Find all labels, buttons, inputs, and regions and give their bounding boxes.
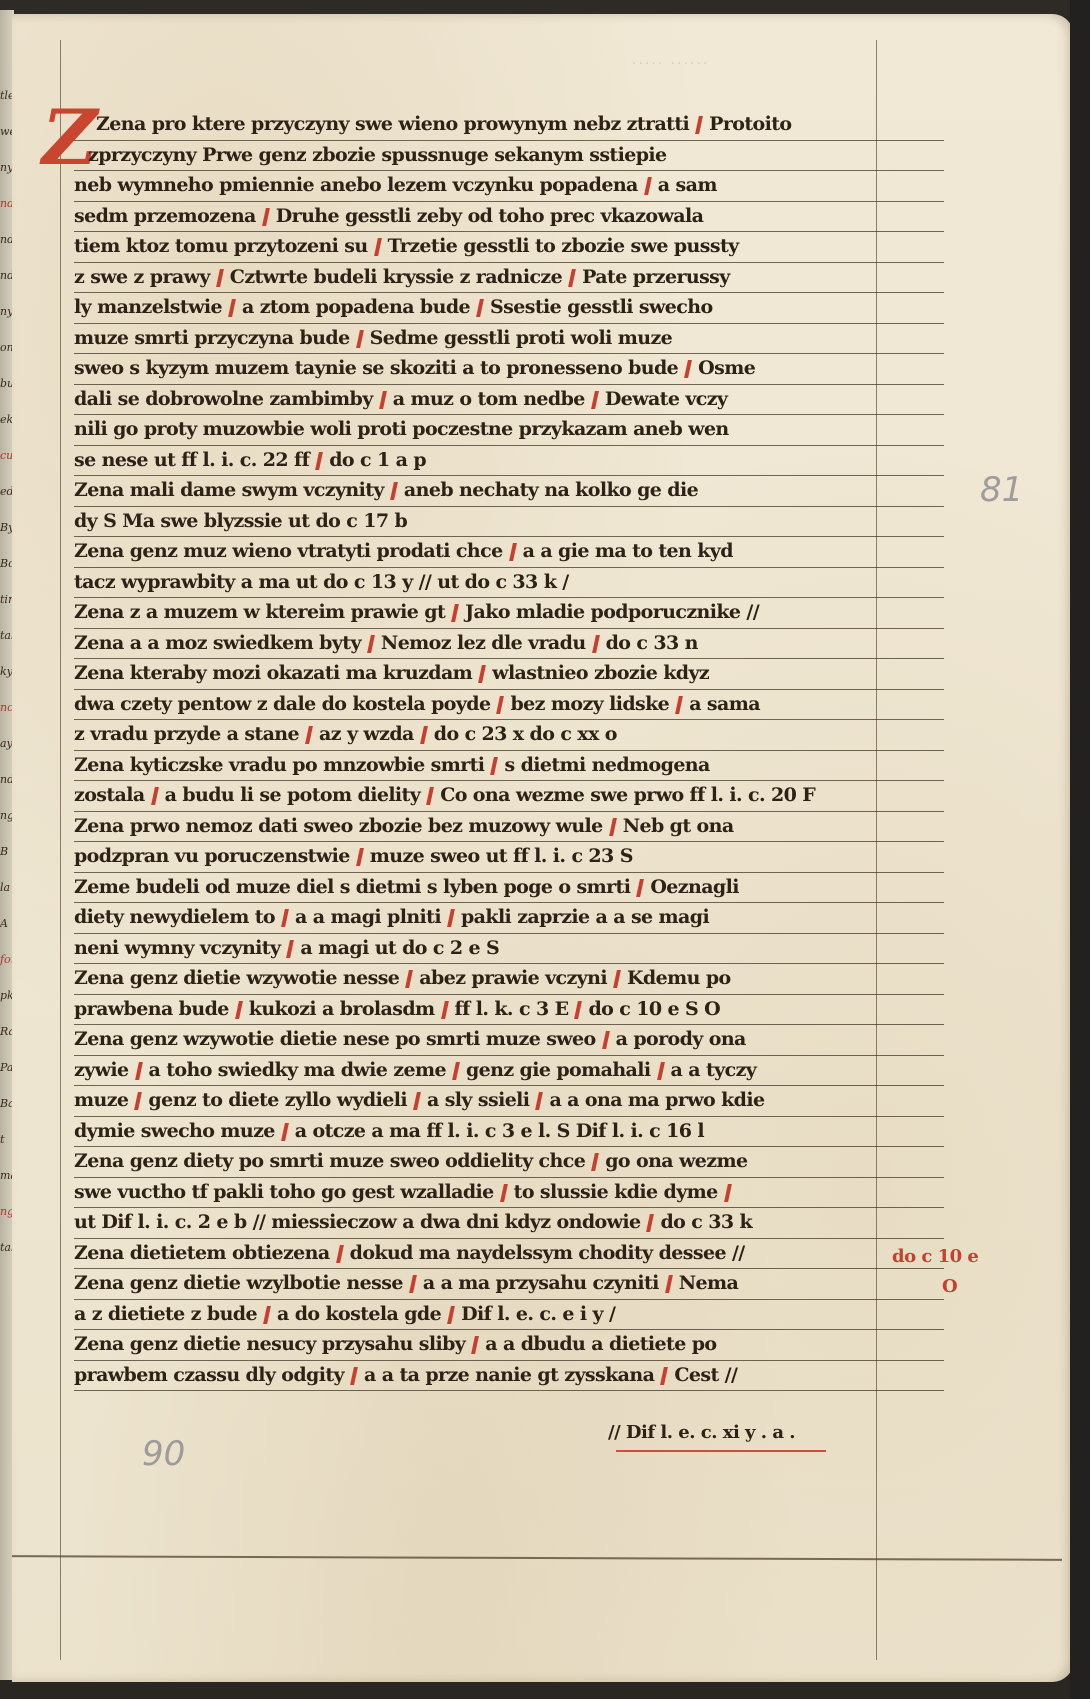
- rubric-stroke: [441, 1001, 449, 1019]
- rubric-stroke: [665, 1275, 673, 1293]
- rubric-stroke: [235, 1001, 243, 1019]
- rubric-stroke: [426, 787, 434, 805]
- rubric-stroke: [367, 635, 375, 653]
- right-margin-note-ref: do c 10 e: [892, 1246, 978, 1267]
- rubric-stroke: [447, 1306, 455, 1324]
- rubric-stroke: [657, 1062, 665, 1080]
- manuscript-line: zywie a toho swiedky ma dwie zeme genz g…: [74, 1056, 944, 1087]
- rubric-stroke: [500, 1184, 508, 1202]
- rubric-stroke: [390, 482, 398, 500]
- manuscript-line: dy S Ma swe blyzssie ut do c 17 b: [74, 507, 944, 538]
- rubric-stroke: [263, 1306, 271, 1324]
- folio-number-bottom: 90: [142, 1434, 185, 1474]
- rubric-stroke: [695, 116, 703, 134]
- rubric-stroke: [476, 299, 484, 317]
- manuscript-line: swe vuctho tf pakli toho go gest wzallad…: [74, 1178, 944, 1209]
- manuscript-line: neni wymny vczynity a magi ut do c 2 e S: [74, 934, 944, 965]
- manuscript-line: z vradu przyde a stane az y wzda do c 23…: [74, 720, 944, 751]
- rubric-stroke: [684, 360, 692, 378]
- show-through-header: ····· ······: [632, 56, 709, 72]
- manuscript-line: Zena genz dietie nesucy przysahu sliby a…: [74, 1330, 944, 1361]
- manuscript-line: diety newydielem to a a magi plniti pakl…: [74, 903, 944, 934]
- manuscript-line: Zena prwo nemoz dati sweo zbozie bez muz…: [74, 812, 944, 843]
- rubric-stroke: [379, 391, 387, 409]
- manuscript-line: Zena genz muz wieno vtratyti prodati chc…: [74, 537, 944, 568]
- rubric-stroke: [644, 177, 652, 195]
- folio-number-right: 81: [980, 470, 1023, 510]
- rubric-stroke: [356, 330, 364, 348]
- rubric-stroke: [409, 1275, 417, 1293]
- manuscript-line: ly manzelstwie a ztom popadena bude Sses…: [74, 293, 944, 324]
- manuscript-line: podzpran vu poruczenstwie muze sweo ut f…: [74, 842, 944, 873]
- manuscript-line: Zena a a moz swiedkem byty Nemoz lez dle…: [74, 629, 944, 660]
- rubric-stroke: [509, 543, 517, 561]
- manuscript-folio: ····· ······ 81 90 Z Zena pro ktere przy…: [12, 14, 1074, 1682]
- rubric-stroke: [374, 238, 382, 256]
- rubric-stroke: [447, 909, 455, 927]
- manuscript-line: muze genz to diete zyllo wydieli a sly s…: [74, 1086, 944, 1117]
- manuscript-line: zostala a budu li se potom dielity Co on…: [74, 781, 944, 812]
- manuscript-line: Zena dietietem obtiezena dokud ma naydel…: [74, 1239, 944, 1270]
- closing-reference: // Dif l. e. c. xi y . a .: [608, 1422, 795, 1443]
- manuscript-line: ut Dif l. i. c. 2 e b // miessieczow a d…: [74, 1208, 944, 1239]
- rubric-stroke: [281, 1123, 289, 1141]
- manuscript-line: sedm przemozena Druhe gesstli zeby od to…: [74, 202, 944, 233]
- manuscript-line: Zeme budeli od muze diel s dietmi s lybe…: [74, 873, 944, 904]
- rubric-stroke: [602, 1031, 610, 1049]
- bottom-ruling-line: [12, 1555, 1062, 1561]
- manuscript-line: prawbena bude kukozi a brolasdm ff l. k.…: [74, 995, 944, 1026]
- left-ruling-line: [60, 40, 61, 1660]
- rubric-stroke: [336, 1245, 344, 1263]
- rubric-stroke: [568, 269, 576, 287]
- manuscript-line: dali se dobrowolne zambimby a muz o tom …: [74, 385, 944, 416]
- closing-red-rule: [616, 1450, 826, 1452]
- rubric-stroke: [356, 848, 364, 866]
- right-margin-note-symbol: O: [942, 1276, 957, 1297]
- manuscript-line: tacz wyprawbity a ma ut do c 13 y // ut …: [74, 568, 944, 599]
- rubric-stroke: [216, 269, 224, 287]
- manuscript-line: Zena z a muzem w ktereim prawie gt Jako …: [74, 598, 944, 629]
- manuscript-line: tiem ktoz tomu przytozeni su Trzetie ges…: [74, 232, 944, 263]
- rubric-stroke: [413, 1092, 421, 1110]
- rubric-stroke: [262, 208, 270, 226]
- manuscript-line: nili go proty muzowbie woli proti poczes…: [74, 415, 944, 446]
- rubric-stroke: [228, 299, 236, 317]
- rubric-stroke: [613, 970, 621, 988]
- manuscript-line: dwa czety pentow z dale do kostela poyde…: [74, 690, 944, 721]
- manuscript-line: Zena genz dietie wzywotie nesse abez pra…: [74, 964, 944, 995]
- manuscript-line: dymie swecho muze a otcze a ma ff l. i. …: [74, 1117, 944, 1148]
- manuscript-line: Zena mali dame swym vczynity aneb nechat…: [74, 476, 944, 507]
- rubric-stroke: [591, 391, 599, 409]
- manuscript-line: se nese ut ff l. i. c. 22 ff do c 1 a p: [74, 446, 944, 477]
- rubric-stroke: [451, 604, 459, 622]
- rubric-stroke: [151, 787, 159, 805]
- manuscript-line: Zena kteraby mozi okazati ma kruzdam wla…: [74, 659, 944, 690]
- rubric-stroke: [591, 1153, 599, 1171]
- rubric-stroke: [478, 665, 486, 683]
- scan-right-edge: [1070, 0, 1090, 1699]
- manuscript-line: Zena genz wzywotie dietie nese po smrti …: [74, 1025, 944, 1056]
- rubric-stroke: [420, 726, 428, 744]
- manuscript-line: Zena genz dietie wzylbotie nesse a a ma …: [74, 1269, 944, 1300]
- rubric-stroke: [592, 635, 600, 653]
- manuscript-line: Zena kyticzske vradu po mnzowbie smrti s…: [74, 751, 944, 782]
- rubric-stroke: [724, 1184, 732, 1202]
- manuscript-line: prawbem czassu dly odgity a a ta prze na…: [74, 1361, 944, 1392]
- rubric-stroke: [305, 726, 313, 744]
- manuscript-line: muze smrti przyczyna bude Sedme gesstli …: [74, 324, 944, 355]
- manuscript-line: a z dietiete z bude a do kostela gde Dif…: [74, 1300, 944, 1331]
- manuscript-line: neb wymneho pmiennie anebo lezem vczynku…: [74, 171, 944, 202]
- main-text-block: Zena pro ktere przyczyny swe wieno prowy…: [74, 110, 944, 1391]
- manuscript-line: Zena pro ktere przyczyny swe wieno prowy…: [74, 110, 944, 141]
- manuscript-line: zprzyczyny Prwe genz zbozie spussnuge se…: [74, 141, 944, 172]
- rubric-stroke: [315, 452, 323, 470]
- manuscript-line: z swe z prawy Cztwrte budeli kryssie z r…: [74, 263, 944, 294]
- rubric-stroke: [135, 1062, 143, 1080]
- rubric-stroke: [609, 818, 617, 836]
- rubric-stroke: [675, 696, 683, 714]
- manuscript-line: Zena genz diety po smrti muze sweo oddie…: [74, 1147, 944, 1178]
- rubric-stroke: [452, 1062, 460, 1080]
- manuscript-line: sweo s kyzym muzem taynie se skoziti a t…: [74, 354, 944, 385]
- rubric-stroke: [281, 909, 289, 927]
- rubric-stroke: [471, 1336, 479, 1354]
- rubric-stroke: [350, 1367, 358, 1385]
